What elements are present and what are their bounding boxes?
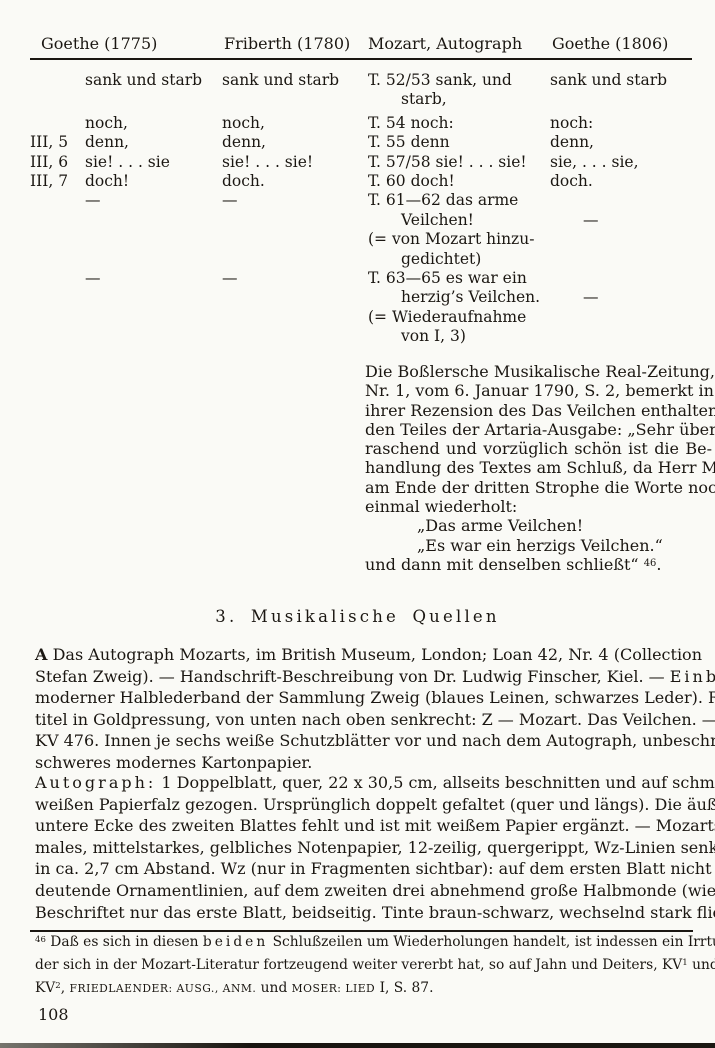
text-line: sie! . . . sie (85, 153, 222, 172)
text-run: sie! . . . sie! (222, 153, 313, 171)
text-run: I, S. 87. (375, 980, 433, 996)
table-row: noch,noch,T. 54 noch:noch: (30, 114, 692, 133)
row-label (30, 71, 85, 110)
row-label (30, 191, 85, 230)
text-line: — (222, 269, 368, 288)
row-label (30, 114, 85, 133)
text-run: handlung des Textes am Schluß, da Herr M… (365, 458, 715, 477)
footnote-46: 46 Daß es sich in diesen beiden Schlußze… (35, 932, 705, 1001)
text-line: — (222, 191, 368, 210)
document-page: Goethe (1775) Friberth (1780) Mozart, Au… (0, 0, 715, 1048)
table-cell: T. 54 noch: (368, 114, 550, 133)
text-line: sie, . . . sie, (550, 153, 692, 172)
table-cell: sie, . . . sie, (550, 153, 692, 172)
text-line: sank und starb (550, 71, 692, 90)
table-cell: T. 57/58 sie! . . . sie! (368, 153, 550, 172)
section-heading: 3. Musikalische Quellen (0, 607, 715, 626)
text-line: denn, (85, 133, 222, 152)
table-cell: doch! (85, 172, 222, 191)
text-line: Veilchen! (368, 211, 550, 230)
text-run: denn, (550, 133, 594, 151)
text-line: 46 Daß es sich in diesen beiden Schlußze… (35, 932, 705, 955)
text-run: doch! (85, 172, 129, 190)
table-cell: denn, (550, 133, 692, 152)
text-run: — (85, 269, 101, 287)
text-line: starb, (368, 90, 550, 109)
text-run: Daß es sich in diesen (46, 934, 203, 950)
text-run: — (583, 211, 599, 229)
text-line: (= Wiederaufnahme (368, 308, 550, 327)
text-run: sank und starb (85, 71, 202, 89)
text-run: , (61, 980, 70, 996)
text-run: den Teiles der Artaria-Ausgabe: (365, 420, 627, 439)
table-cell: sank und starb (85, 71, 222, 110)
text-line: noch, (222, 114, 368, 133)
text-line: KV2, FRIEDLAENDER: AUSG., ANM. und MOSER… (35, 978, 705, 1001)
paragraph-a-sources: A Das Autograph Mozarts, im British Muse… (35, 644, 702, 774)
text-run: in ca. 2,7 cm Abstand. Wz (nur in Fragme… (35, 859, 715, 878)
text-run: males, mittelstarkes, gelbliches Notenpa… (35, 838, 715, 857)
text-run: KV (35, 980, 55, 996)
table-cell: T. 63—65 es war einherzig’s Veilchen. (368, 269, 550, 308)
superscript: 2 (55, 981, 60, 991)
text-line: T. 57/58 sie! . . . sie! (368, 153, 550, 172)
text-run: sie! . . . sie (85, 153, 170, 171)
text-run: doch. (222, 172, 265, 190)
superscript: 46 (644, 558, 657, 569)
text-run: T. 57/58 sie! . . . sie! (368, 153, 527, 171)
table-cell (550, 308, 692, 347)
text-line: von I, 3) (368, 327, 550, 346)
row-label (30, 230, 85, 269)
text-run: enthalten- (636, 401, 715, 420)
text-line: T. 52/53 sank, und (368, 71, 550, 90)
table-cell: T. 52/53 sank, undstarb, (368, 71, 550, 110)
table-cell (85, 308, 222, 347)
superscript: 46 (35, 935, 46, 945)
text-line: doch! (85, 172, 222, 191)
text-run (639, 555, 644, 574)
table-cell: T. 55 denn (368, 133, 550, 152)
text-run: schweres modernes Kartonpapier. (35, 753, 312, 772)
text-run: — (222, 191, 238, 209)
text-run: denn, (85, 133, 129, 151)
text-line: — (85, 191, 222, 210)
text-line: — (550, 211, 692, 230)
text-run: „Es war ein herzigs Veilchen.“ (417, 536, 663, 555)
text-line: A Das Autograph Mozarts, im British Muse… (35, 644, 702, 666)
table-cell (222, 230, 368, 269)
text-run: Einband: (670, 667, 715, 686)
text-line: handlung des Textes am Schluß, da Herr M… (365, 458, 712, 477)
text-run: T. 60 doch! (368, 172, 455, 190)
text-run: KV 476. Innen je sechs weiße Schutzblätt… (35, 731, 715, 750)
text-line: schweres modernes Kartonpapier. (35, 752, 702, 774)
text-run: noch, (85, 114, 128, 132)
text-run: und (256, 980, 291, 996)
text-line: denn, (550, 133, 692, 152)
table-cell (550, 230, 692, 269)
text-run: „Das arme Veilchen! (417, 516, 583, 535)
text-run: moderner Halblederband der Sammlung Zwei… (35, 688, 715, 707)
text-line: sank und starb (222, 71, 368, 90)
text-line: den Teiles der Artaria-Ausgabe: „Sehr üb… (365, 420, 712, 439)
row-label (30, 269, 85, 308)
text-run: raschend und vorzüglich schön ist die Be… (365, 439, 712, 458)
table-cell: doch. (550, 172, 692, 191)
text-run: III, 7 (30, 172, 68, 190)
text-line: KV 476. Innen je sechs weiße Schutzblätt… (35, 730, 702, 752)
text-run: Musikalische Real-Zeitung, (494, 362, 715, 381)
table-cell: sie! . . . sie! (222, 153, 368, 172)
text-line: T. 61—62 das arme (368, 191, 550, 210)
text-run: herzig’s Veilchen. (401, 288, 540, 306)
table-cell: — (85, 191, 222, 230)
text-run: ihrer Rezension des (365, 401, 531, 420)
row-label (30, 308, 85, 347)
text-line: ihrer Rezension des Das Veilchen enthalt… (365, 401, 712, 420)
table-cell: — (550, 191, 692, 230)
text-line: T. 55 denn (368, 133, 550, 152)
table-body: sank und starbsank und starbT. 52/53 san… (30, 71, 692, 347)
text-line: T. 63—65 es war ein (368, 269, 550, 288)
text-run: von I, 3) (401, 327, 466, 345)
table-header-rule (30, 58, 692, 60)
text-run: der sich in der Mozart-Literatur fortzeu… (35, 957, 682, 973)
text-run: sank, und (436, 71, 512, 89)
table-cell: noch, (85, 114, 222, 133)
text-run: und (688, 957, 715, 973)
text-run: noch: (550, 114, 593, 132)
text-run: gedichtet) (401, 250, 481, 268)
table-cell: T. 61—62 das armeVeilchen! (368, 191, 550, 230)
table-cell: denn, (85, 133, 222, 152)
text-line: sie! . . . sie! (222, 153, 368, 172)
text-run: — (493, 710, 519, 729)
text-run: Autograph: (35, 773, 156, 792)
text-run: T. 54 noch: (368, 114, 454, 132)
table-header-row: Goethe (1775) Friberth (1780) Mozart, Au… (30, 34, 692, 58)
text-line: — (85, 269, 222, 288)
table-row: ——T. 61—62 das armeVeilchen!— (30, 191, 692, 230)
text-line: titel in Goldpressung, von unten nach ob… (35, 709, 702, 731)
text-run: Nr. 1, vom 6. Januar 1790, S. 2, bemerkt… (365, 381, 714, 400)
table-cell (222, 308, 368, 347)
text-run: doch. (550, 172, 593, 190)
table-row: ——T. 63—65 es war einherzig’s Veilchen.— (30, 269, 692, 308)
scan-edge-artifact (0, 1043, 715, 1048)
text-run: Das Autograph Mozarts, im British Museum… (47, 645, 702, 664)
column-header-goethe-1806: Goethe (1806) (552, 34, 668, 53)
table-row: III, 7doch!doch.T. 60 doch!doch. (30, 172, 692, 191)
text-line: Die Boßlersche Musikalische Real-Zeitung… (365, 362, 712, 381)
text-run: Schlußzeilen um Wiederholungen handelt, … (268, 934, 715, 950)
row-label: III, 7 (30, 172, 85, 191)
superscript: 1 (682, 958, 687, 968)
text-run: Beschriftet nur das erste Blatt, beidsei… (35, 903, 715, 922)
text-run: — (697, 710, 715, 729)
text-run: denn, (222, 133, 266, 151)
table-cell: denn, (222, 133, 368, 152)
text-run: T. 55 (368, 133, 411, 151)
text-line: doch. (222, 172, 368, 191)
text-run: Veilchen! (401, 211, 474, 229)
table-row: III, 5denn,denn,T. 55 denndenn, (30, 133, 692, 152)
text-line: untere Ecke des zweiten Blattes fehlt un… (35, 815, 702, 837)
table-cell: noch, (222, 114, 368, 133)
table-cell: T. 60 doch! (368, 172, 550, 191)
text-run: weißen Papierfalz gezogen. Ursprünglich … (35, 795, 715, 814)
text-run: 1 Doppelblatt, quer, 22 x 30,5 cm, allse… (156, 773, 715, 792)
text-run: T. 52/53 (368, 71, 436, 89)
table-cell: sank und starb (222, 71, 368, 110)
text-line: (= von Mozart hinzu- (368, 230, 550, 249)
text-run: denn (411, 133, 450, 151)
text-run: titel in Goldpressung, von unten nach ob… (35, 710, 482, 729)
text-line: noch: (550, 114, 692, 133)
text-run: . (656, 555, 661, 574)
text-line: deutende Ornamentlinien, auf dem zweiten… (35, 880, 702, 902)
text-line: denn, (222, 133, 368, 152)
column-header-mozart-autograph: Mozart, Autograph (368, 34, 522, 53)
text-line: — (550, 288, 692, 307)
text-line: doch. (550, 172, 692, 191)
text-run: Das Veilchen (531, 401, 636, 420)
text-run: am Ende der dritten Strophe die Worte no… (365, 478, 715, 497)
table-cell (85, 230, 222, 269)
text-line: moderner Halblederband der Sammlung Zwei… (35, 687, 702, 709)
text-line: gedichtet) (368, 250, 550, 269)
text-run: Stefan Zweig). — Handschrift-Beschreibun… (35, 667, 670, 686)
text-run: A (35, 645, 47, 664)
column-header-friberth-1780: Friberth (1780) (224, 34, 350, 53)
text-line (550, 191, 692, 210)
table-cell: noch: (550, 114, 692, 133)
text-run: (= Wiederaufnahme (368, 308, 526, 326)
text-run: „Sehr über- (627, 420, 715, 439)
text-line: males, mittelstarkes, gelbliches Notenpa… (35, 837, 702, 859)
text-run: Z (482, 710, 493, 729)
text-run: untere Ecke des zweiten Blattes fehlt un… (35, 816, 715, 835)
text-line: einmal wiederholt: (365, 497, 712, 516)
text-line: Beschriftet nur das erste Blatt, beidsei… (35, 902, 702, 924)
text-run: sank und starb (550, 71, 667, 89)
review-quote: Die Boßlersche Musikalische Real-Zeitung… (365, 362, 712, 577)
column-header-goethe-1775: Goethe (1775) (41, 34, 157, 53)
text-line: am Ende der dritten Strophe die Worte no… (365, 478, 712, 497)
text-run: sank und starb (222, 71, 339, 89)
text-run: III, 5 (30, 133, 68, 151)
text-line: Autograph: 1 Doppelblatt, quer, 22 x 30,… (35, 772, 702, 794)
text-run: einmal wiederholt: (365, 497, 517, 516)
text-line: raschend und vorzüglich schön ist die Be… (365, 439, 712, 458)
table-cell: doch. (222, 172, 368, 191)
text-line: der sich in der Mozart-Literatur fortzeu… (35, 955, 705, 978)
text-line: T. 54 noch: (368, 114, 550, 133)
table-cell: — (222, 191, 368, 230)
text-line: herzig’s Veilchen. (368, 288, 550, 307)
comparison-table: Goethe (1775) Friberth (1780) Mozart, Au… (30, 34, 692, 347)
text-run: T. 61—62 das arme (368, 191, 518, 209)
text-line: Nr. 1, vom 6. Januar 1790, S. 2, bemerkt… (365, 381, 712, 400)
text-line: weißen Papierfalz gezogen. Ursprünglich … (35, 794, 702, 816)
text-line: in ca. 2,7 cm Abstand. Wz (nur in Fragme… (35, 858, 702, 880)
text-run: deutende Ornamentlinien, auf dem zweiten… (35, 881, 715, 900)
text-line: T. 60 doch! (368, 172, 550, 191)
table-cell: — (222, 269, 368, 308)
text-run: (= von Mozart hinzu- (368, 230, 534, 248)
text-run: MOSER: LIED (292, 982, 376, 995)
text-line: noch, (85, 114, 222, 133)
text-run: III, 6 (30, 153, 68, 171)
text-run: und dann mit denselben schließt“ (365, 555, 639, 574)
paragraph-autograph-description: Autograph: 1 Doppelblatt, quer, 22 x 30,… (35, 772, 702, 923)
text-line: Stefan Zweig). — Handschrift-Beschreibun… (35, 666, 702, 688)
table-row: III, 6sie! . . . siesie! . . . sie!T. 57… (30, 153, 692, 172)
text-line (550, 269, 692, 288)
text-run: Die Boßlersche (365, 362, 494, 381)
text-line: und dann mit denselben schließt“ 46. (365, 555, 712, 577)
text-run: Mozart. Das Veilchen. (519, 710, 697, 729)
row-label: III, 6 (30, 153, 85, 172)
text-run: — (222, 269, 238, 287)
text-run: T. 63—65 es war ein (368, 269, 527, 287)
text-line: „Es war ein herzigs Veilchen.“ (365, 536, 712, 555)
table-cell: sie! . . . sie (85, 153, 222, 172)
row-label: III, 5 (30, 133, 85, 152)
text-run: — (583, 288, 599, 306)
text-line: „Das arme Veilchen! (365, 516, 712, 535)
text-run: — (85, 191, 101, 209)
table-cell: (= Wiederaufnahmevon I, 3) (368, 308, 550, 347)
text-run: beiden (203, 934, 268, 950)
table-row: sank und starbsank und starbT. 52/53 san… (30, 71, 692, 110)
text-run: noch, (222, 114, 265, 132)
text-run: sie, . . . sie, (550, 153, 639, 171)
table-row: (= Wiederaufnahmevon I, 3) (30, 308, 692, 347)
page-number: 108 (38, 1005, 69, 1024)
text-run: FRIEDLAENDER: AUSG., ANM. (70, 982, 257, 995)
table-cell: (= von Mozart hinzu-gedichtet) (368, 230, 550, 269)
text-run: starb, (401, 90, 447, 108)
table-row: (= von Mozart hinzu-gedichtet) (30, 230, 692, 269)
text-line: sank und starb (85, 71, 222, 90)
table-cell: — (550, 269, 692, 308)
table-cell: sank und starb (550, 71, 692, 110)
table-cell: — (85, 269, 222, 308)
